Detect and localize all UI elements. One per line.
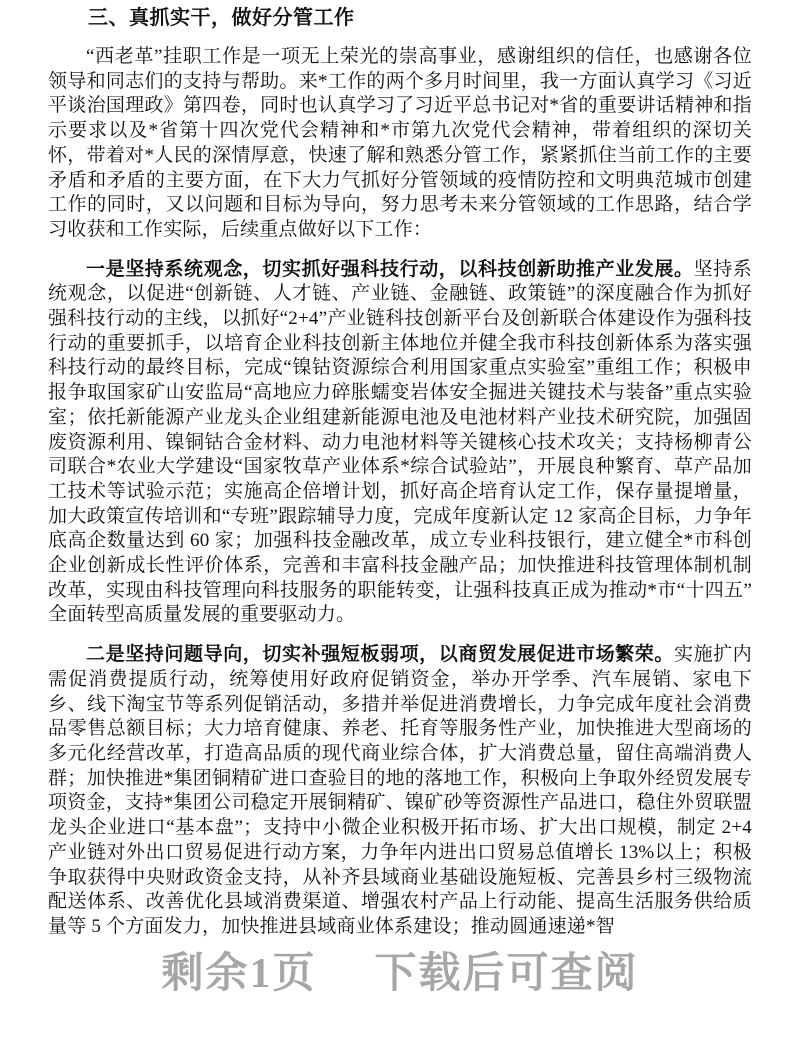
paragraph-intro: “西老革”挂职工作是一项无上荣光的崇高事业，感谢组织的信任，也感谢各位领导和同志… [48,45,752,243]
download-banner: 剩余1页下载后可查阅 [0,948,800,1000]
paragraph-point-one-lead: 一是坚持系统观念，切实抓好强科技行动，以科技创新助推产业发展。 [86,259,694,280]
download-hint-label: 下载后可查阅 [375,951,639,997]
document-page: 三、真抓实干，做好分管工作 “西老革”挂职工作是一项无上荣光的崇高事业，感谢组织… [0,0,800,1058]
paragraph-point-two-lead: 二是坚持问题导向，切实补强短板弱项，以商贸发展促进市场繁荣。 [86,644,674,665]
paragraph-point-one: 一是坚持系统观念，切实抓好强科技行动，以科技创新助推产业发展。坚持系统观念，以促… [48,258,752,629]
paragraph-point-one-text: 坚持系统观念，以促进“创新链、人才链、产业链、金融链、政策链”的深度融合作为抓好… [48,259,752,626]
remaining-pages-label: 剩余1页 [161,951,316,997]
paragraph-intro-text: “西老革”挂职工作是一项无上荣光的崇高事业，感谢组织的信任，也感谢各位领导和同志… [48,46,752,240]
section-heading: 三、真抓实干，做好分管工作 [48,6,752,31]
paragraph-point-two: 二是坚持问题导向，切实补强短板弱项，以商贸发展促进市场繁荣。实施扩内需促消费提质… [48,643,752,939]
paragraph-point-two-text: 实施扩内需促消费提质行动，统筹使用好政府促销资金，举办开学季、汽车展销、家电下乡… [48,644,752,937]
